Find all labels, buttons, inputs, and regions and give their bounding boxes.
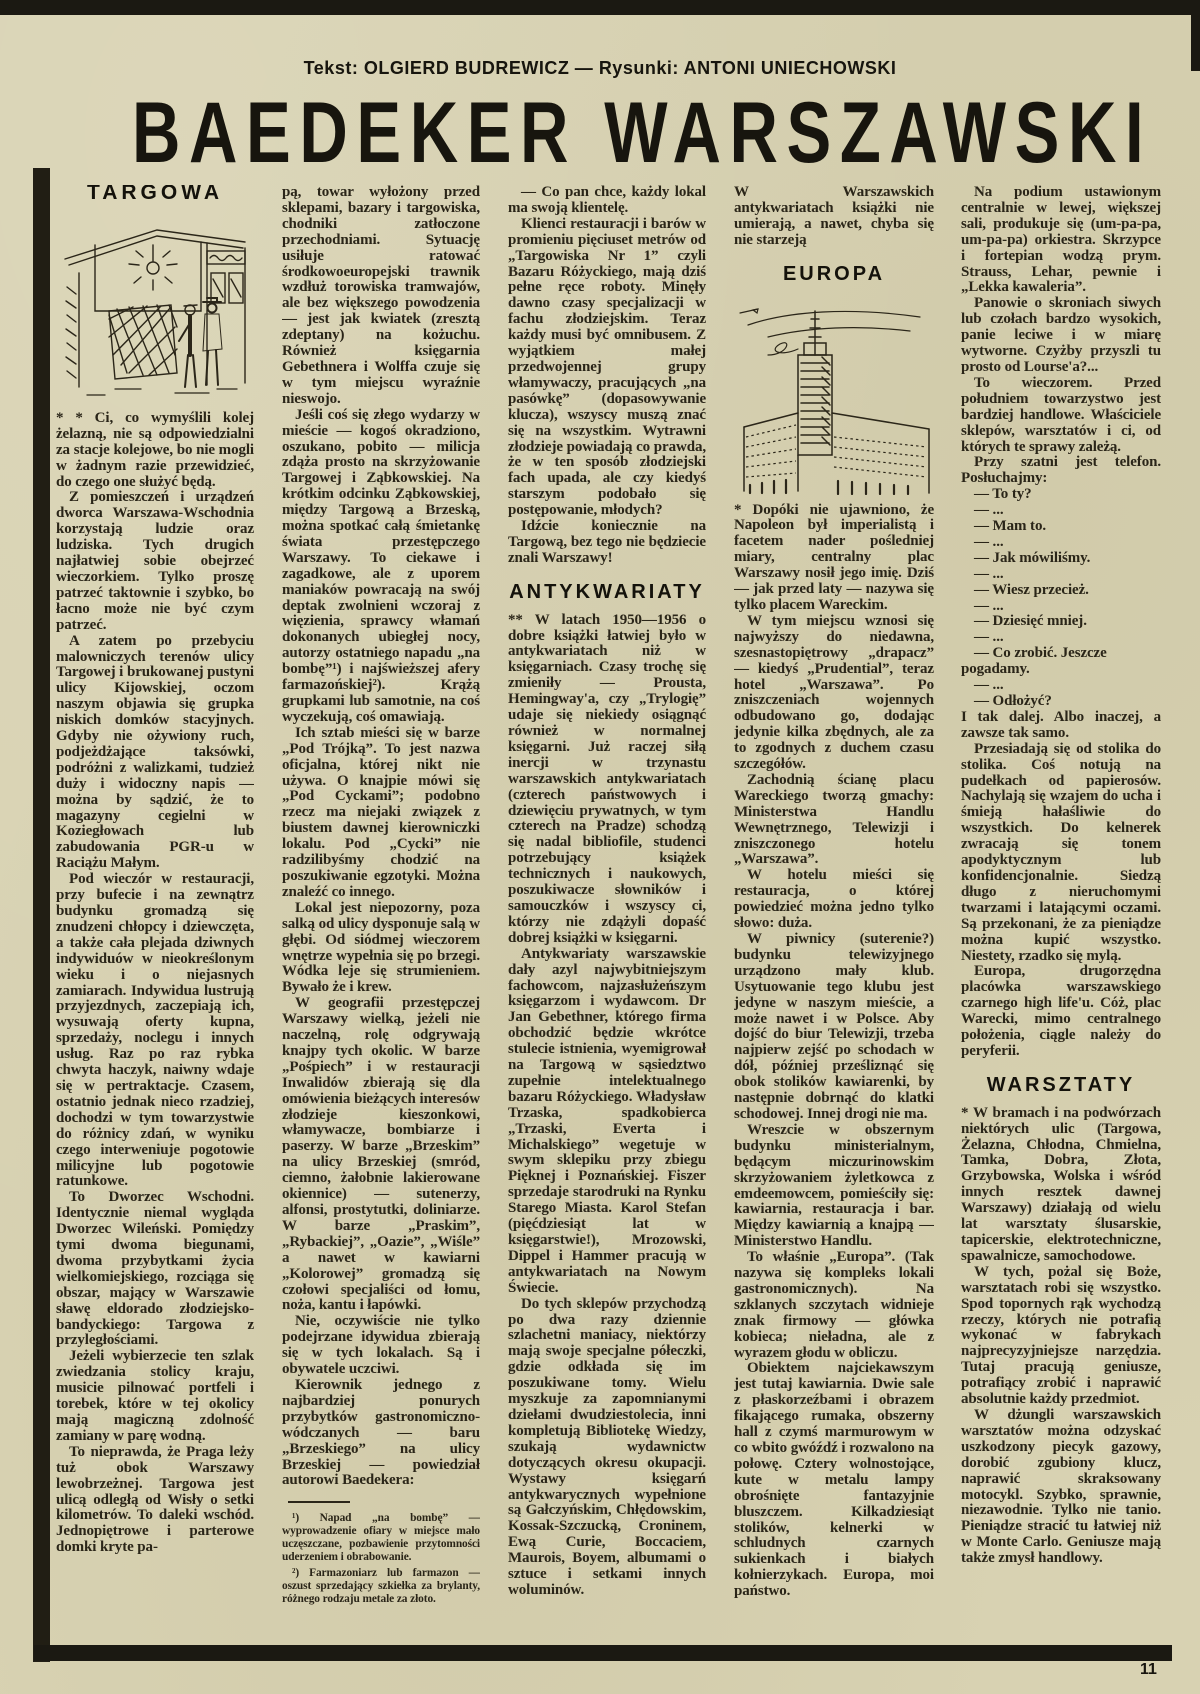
paragraph: A zatem po przebyciu malowniczych terenó…: [56, 634, 254, 873]
left-rule-bar: [33, 168, 50, 1662]
footnote: ¹) Napad „na bombę” — wyprowadzenie ofia…: [282, 1512, 480, 1564]
byline: Tekst: OLGIERD BUDREWICZ — Rysunki: ANTO…: [0, 58, 1200, 79]
top-right-rule-nub: [1191, 13, 1200, 71]
paragraph: To Dworzec Wschodni. Identycznie niemal …: [56, 1190, 254, 1349]
paragraph: Klienci restauracji i barów w promieniu …: [508, 217, 706, 519]
dialogue-line: — ...: [961, 599, 1161, 615]
footnote-divider: [288, 1501, 350, 1503]
paragraph: W dżungli warszawskich warsztatów można …: [961, 1408, 1161, 1567]
section-lead-note: W Warszawskich antykwariatach książki ni…: [734, 185, 934, 249]
bottom-rule-bar: [34, 1645, 1172, 1661]
paragraph: Idźcie koniecznie na Targową, bez tego n…: [508, 519, 706, 567]
paragraph: Nie, oczywiście nie tylko podejrzane idy…: [282, 1314, 480, 1378]
paragraph: Antykwariaty warszawskie dały azyl najwy…: [508, 947, 706, 1297]
dialogue-line: — ...: [961, 630, 1161, 646]
paragraph: * W bramach i na podwórzach niektórych u…: [961, 1106, 1161, 1265]
dialogue-line: — Jak mówiliśmy.: [961, 551, 1161, 567]
paragraph: Jeżeli wybierzecie ten szlak zwiedzania …: [56, 1349, 254, 1444]
paragraph: W piwnicy (suterenie?) budynku telewizyj…: [734, 932, 934, 1123]
column-3: — Co pan chce, każdy lokal ma swoją klie…: [508, 185, 706, 1647]
paragraph: ** W latach 1950—1956 o dobre książki ła…: [508, 613, 706, 947]
paragraph: * * Ci, co wymyślili kolej żelazną, nie …: [56, 411, 254, 491]
footnotes: ¹) Napad „na bombę” — wyprowadzenie ofia…: [282, 1512, 480, 1606]
paragraph: Z pomieszczeń i urządzeń dworca Warszawa…: [56, 490, 254, 633]
paragraph: Na podium ustawionym centralnie w lewej,…: [961, 185, 1161, 296]
paragraph: Panowie o skroniach siwych lub czołach b…: [961, 296, 1161, 376]
page-title: BAEDEKER WARSZAWSKI: [132, 84, 1068, 183]
paragraph: — Co pan chce, każdy lokal ma swoją klie…: [508, 185, 706, 217]
dialogue-line: — ...: [961, 678, 1161, 694]
section-heading-antykwariaty: ANTYKWARIATY: [508, 585, 706, 601]
column-5: Na podium ustawionym centralnie w lewej,…: [961, 185, 1161, 1647]
dialogue-line: — Dziesięć mniej.: [961, 614, 1161, 630]
paragraph: W tych, pożal się Boże, warsztatach robi…: [961, 1265, 1161, 1408]
europa-building-illustration: [734, 295, 934, 495]
paragraph: Kierownik jednego z najbardziej ponurych…: [282, 1378, 480, 1489]
paragraph: Europa, drugorzędna placówka warszawskie…: [961, 964, 1161, 1059]
paragraph: pą, towar wyłożony przed sklepami, bazar…: [282, 185, 480, 408]
section-heading-europa: EUROPA: [734, 267, 934, 283]
paragraph: * Dopóki nie ujawniono, że Napoleon był …: [734, 503, 934, 614]
section-heading-targowa: TARGOWA: [56, 185, 254, 201]
footnote: ²) Farmazoniarz lub farmazon — oszust sp…: [282, 1567, 480, 1606]
paragraph: Do tych sklepów przychodzą po dwa razy d…: [508, 1297, 706, 1599]
paragraph: Lokal jest niepozorny, poza salką od uli…: [282, 901, 480, 996]
dialogue-line: — To ty?: [961, 487, 1161, 503]
paragraph: Przy szatni jest telefon. Posłuchajmy:: [961, 455, 1161, 487]
paragraph: To nieprawda, że Praga leży tuż obok War…: [56, 1445, 254, 1556]
phone-dialogue: — To ty? — ... — Mam to. — ... — Jak mów…: [961, 487, 1161, 710]
paragraph: W hotelu mieści się restauracja, o które…: [734, 868, 934, 932]
paragraph: I tak dalej. Albo inaczej, a zawsze tak …: [961, 710, 1161, 742]
page-number: 11: [1140, 1661, 1157, 1679]
column-4: W Warszawskich antykwariatach książki ni…: [734, 185, 934, 1647]
paragraph: Przesiadają się od stolika do stolika. C…: [961, 742, 1161, 965]
paragraph: Zachodnią ścianę placu Wareckiego tworzą…: [734, 773, 934, 868]
paragraph: To właśnie „Europa”. (Tak nazywa się kom…: [734, 1250, 934, 1361]
newspaper-page: Tekst: OLGIERD BUDREWICZ — Rysunki: ANTO…: [0, 0, 1200, 1694]
paragraph: Wreszcie w obszernym budynku ministerial…: [734, 1123, 934, 1250]
dialogue-line: — Co zrobić. Jeszcze pogadamy.: [961, 646, 1161, 678]
paragraph: Obiektem najciekawszym jest tutaj kawiar…: [734, 1361, 934, 1600]
paragraph: Pod wieczór w restauracji, przy bufecie …: [56, 872, 254, 1190]
paragraph: W geografii przestępczej Warszawy wielką…: [282, 996, 480, 1314]
dialogue-line: — Wiesz przecież.: [961, 583, 1161, 599]
dialogue-line: — ...: [961, 535, 1161, 551]
top-rule-bar: [0, 0, 1200, 15]
paragraph: W tym miejscu wznosi się najwyższy do ni…: [734, 614, 934, 773]
paragraph: Ich sztab mieści się w barze „Pod Trójką…: [282, 726, 480, 901]
paragraph: Jeśli coś się złego wydarzy w mieście — …: [282, 408, 480, 726]
dialogue-line: — ...: [961, 503, 1161, 519]
column-2: pą, towar wyłożony przed sklepami, bazar…: [282, 185, 480, 1647]
dialogue-line: — Mam to.: [961, 519, 1161, 535]
section-heading-warsztaty: WARSZTATY: [961, 1078, 1161, 1094]
dialogue-line: — Odłożyć?: [961, 694, 1161, 710]
dialogue-line: — ...: [961, 567, 1161, 583]
targowa-market-illustration: [57, 215, 253, 403]
column-1: TARGOWA: [56, 185, 254, 1647]
paragraph: To wieczorem. Przed południem towarzystw…: [961, 376, 1161, 456]
